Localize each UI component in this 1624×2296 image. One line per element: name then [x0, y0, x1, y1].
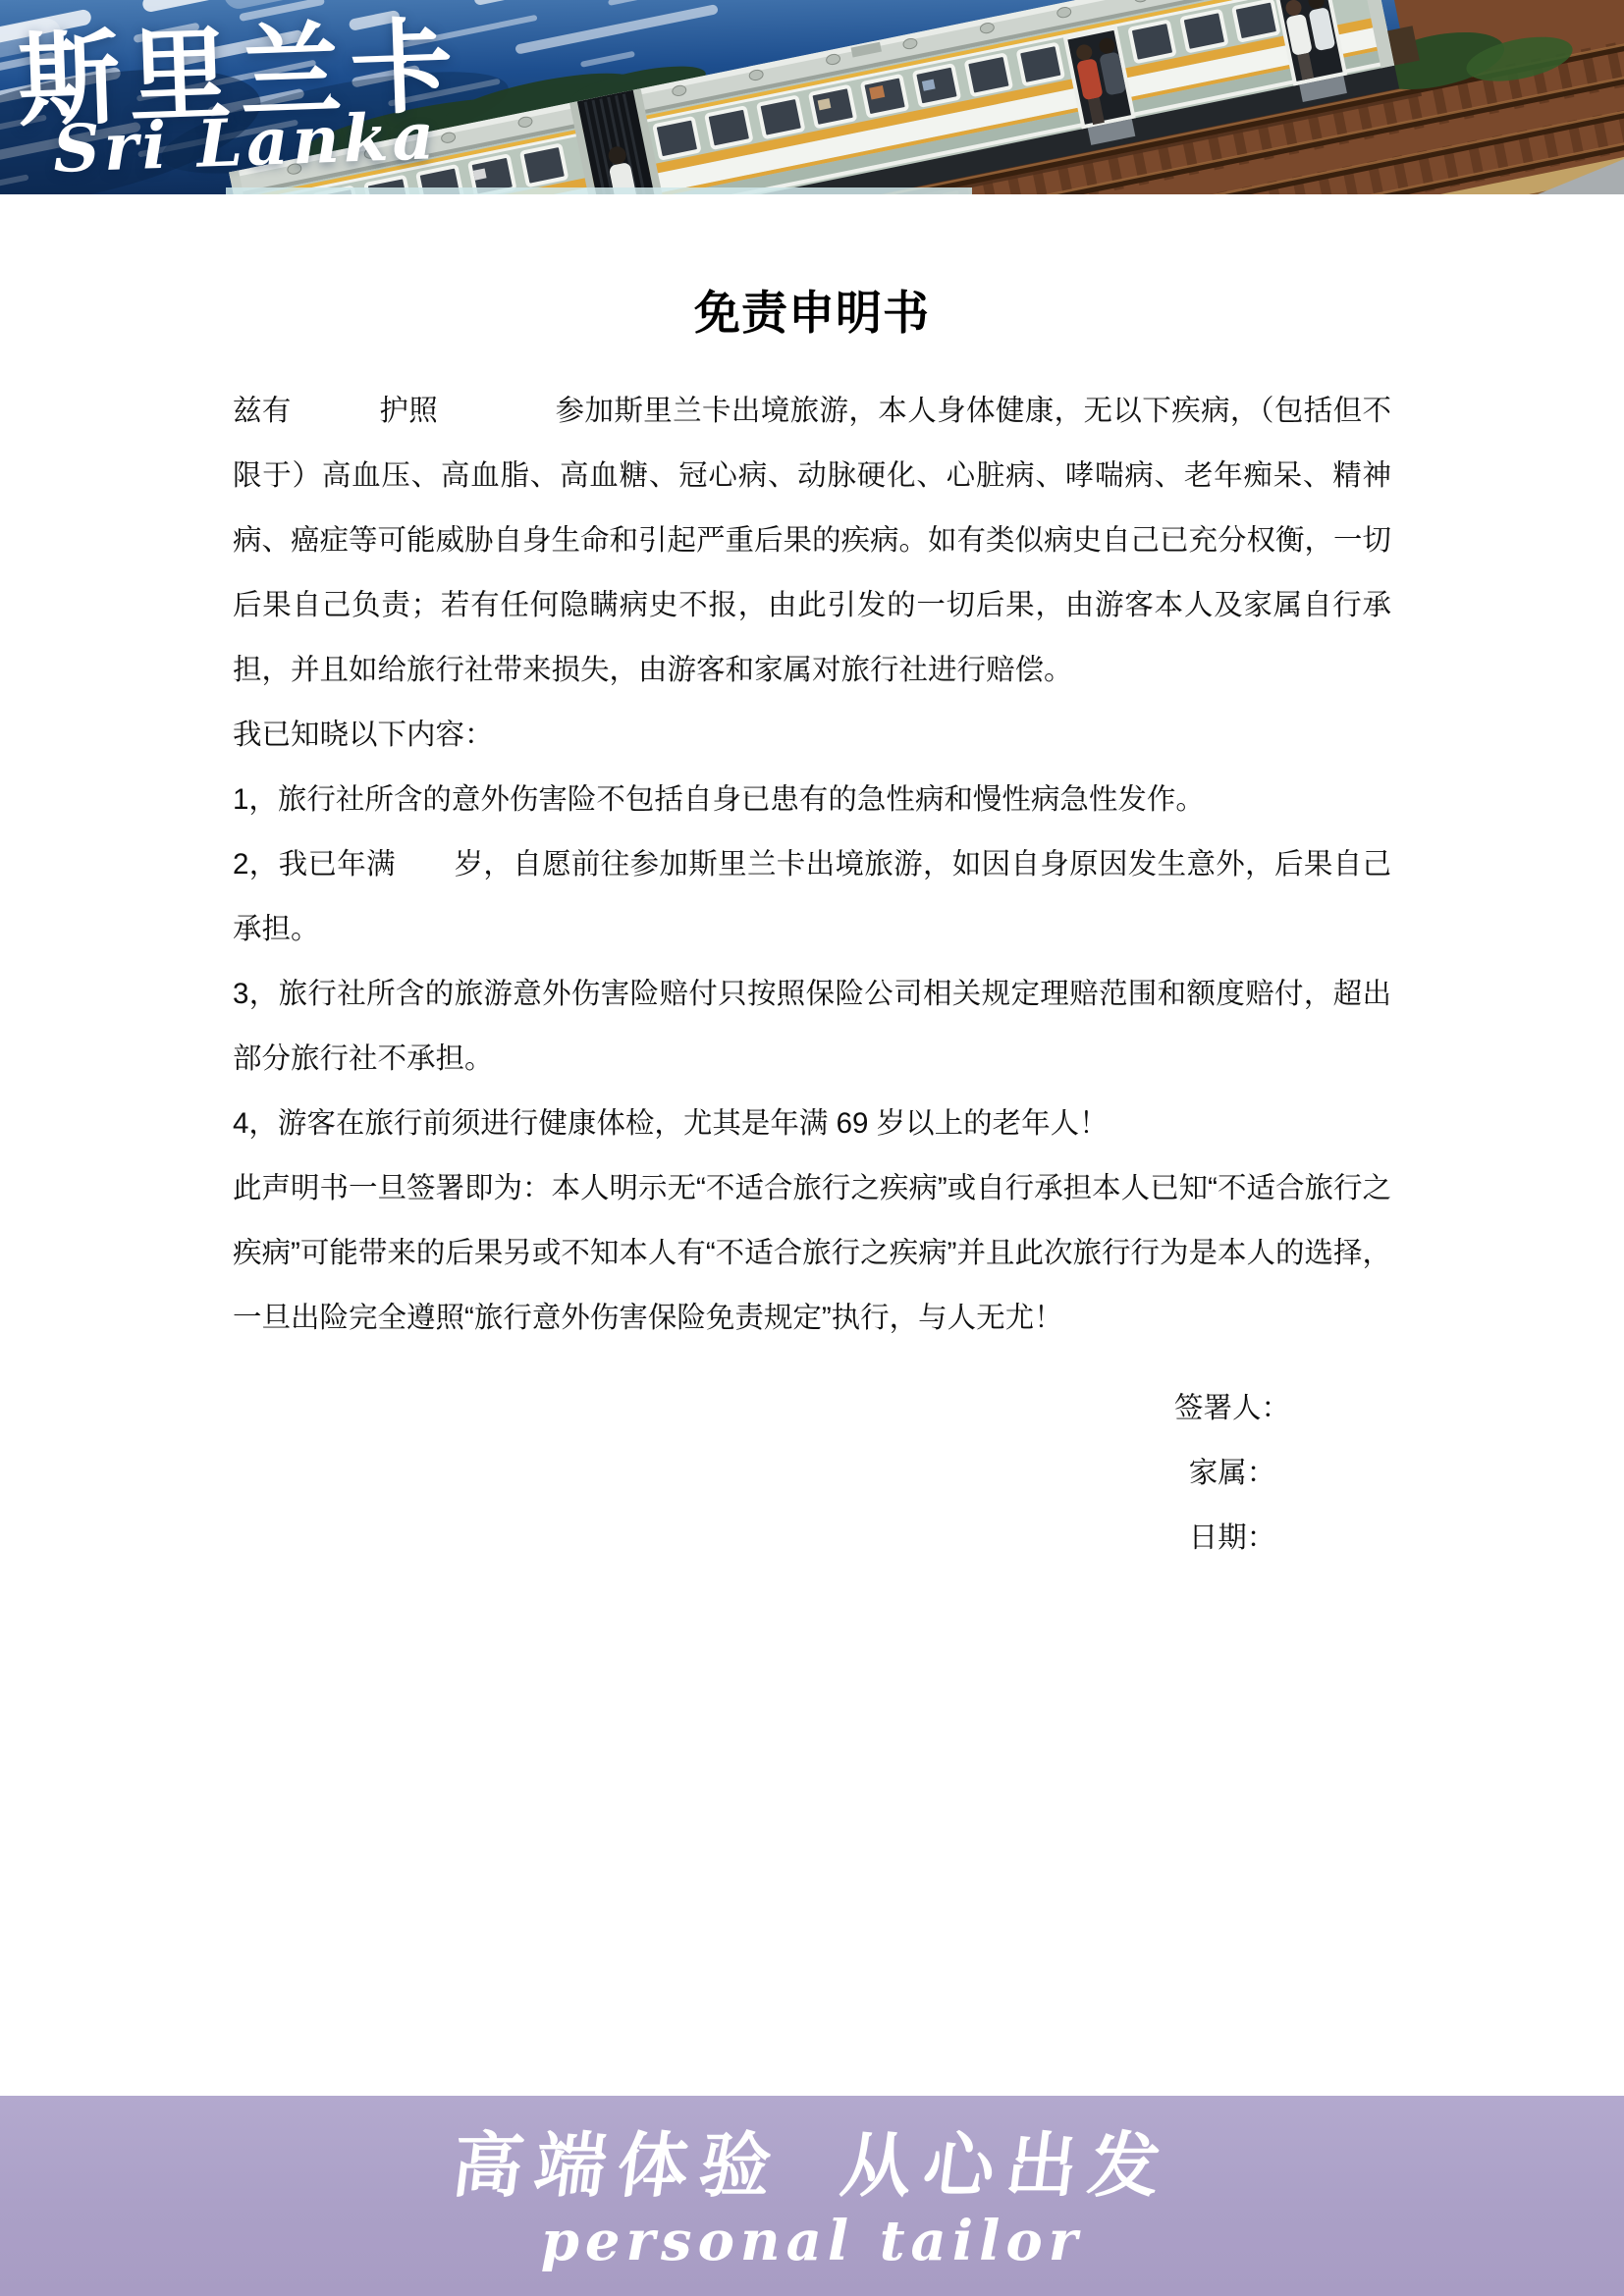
- signature-date-label: 日期：: [1112, 1506, 1352, 1571]
- footer-slogan-cn: 高端体验 从心出发: [0, 2131, 1624, 2202]
- paragraph-ack-heading: 我已知晓以下内容：: [233, 703, 1391, 768]
- paragraph-closing: 此声明书一旦签署即为：本人明示无“不适合旅行之疾病”或自行承担本人已知“不适合旅…: [233, 1156, 1391, 1351]
- brand-overlay: 斯里兰卡 Sri Lanka: [0, 0, 1624, 194]
- document-title: 免责申明书: [233, 287, 1391, 340]
- footer-slogan-en: personal tailor: [0, 2214, 1624, 2269]
- signature-signer-label: 签署人：: [1112, 1376, 1352, 1441]
- signature-family-label: 家属：: [1112, 1441, 1352, 1506]
- footer-banner: 高端体验 从心出发 personal tailor: [0, 2096, 1624, 2296]
- brand-title-en: Sri Lanka: [52, 103, 439, 182]
- paragraph-intro: 兹有 护照 参加斯里兰卡出境旅游，本人身体健康，无以下疾病，（包括但不限于）高血…: [233, 379, 1391, 703]
- paragraph-item-1: 1，旅行社所含的意外伤害险不包括自身已患有的急性病和慢性病急性发作。: [233, 768, 1391, 832]
- paragraph-item-4: 4，游客在旅行前须进行健康体检，尤其是年满 69 岁以上的老年人！: [233, 1092, 1391, 1156]
- document-body: 免责申明书 兹有 护照 参加斯里兰卡出境旅游，本人身体健康，无以下疾病，（包括但…: [233, 287, 1391, 1571]
- paragraph-item-2: 2，我已年满 岁，自愿前往参加斯里兰卡出境旅游，如因自身原因发生意外，后果自己承…: [233, 832, 1391, 962]
- signature-block: 签署人： 家属： 日期：: [1112, 1376, 1352, 1571]
- paragraph-item-3: 3，旅行社所含的旅游意外伤害险赔付只按照保险公司相关规定理赔范围和额度赔付，超出…: [233, 962, 1391, 1092]
- header-banner: 斯里兰卡 Sri Lanka: [0, 0, 1624, 194]
